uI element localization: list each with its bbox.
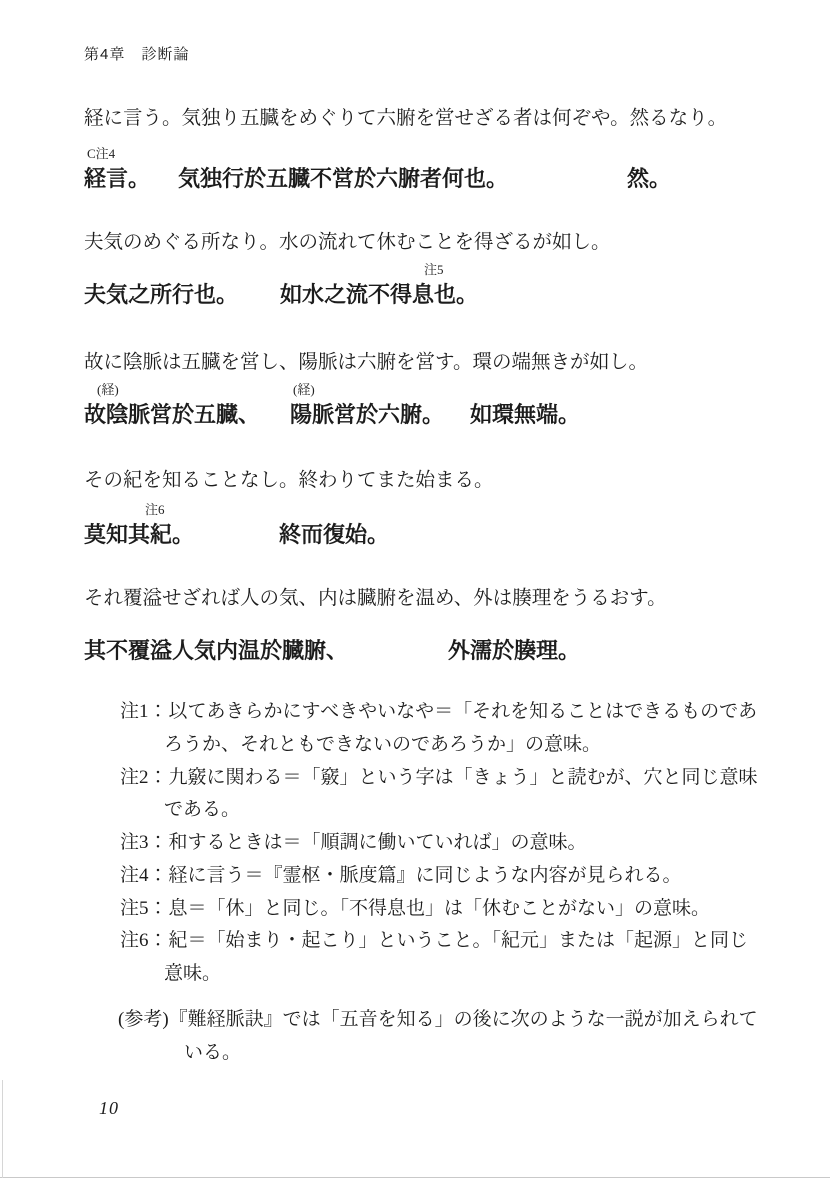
yomikudashi-line: 夫気のめぐる所なり。水の流れて休むことを得ざるが如し。 [84,231,611,255]
kanbun-line: 夫気之所行也。如水之流不得息也。 [84,281,478,309]
note-label: 注6： [120,930,168,951]
note-mark: (経) [97,382,119,397]
note-text: 和するときは＝「順調に働いていれば」の意味。 [169,832,587,853]
reference-continuation: いる。 [184,1041,241,1065]
kanbun-line: 経言。気独行於五臓不営於六腑者何也。然。 [84,165,671,193]
note-text: 経に言う＝『霊枢・脈度篇』に同じような内容が見られる。 [169,865,682,886]
note-continuation: である。 [164,798,240,822]
note-mark: C注4 [87,146,115,161]
page-number: 10 [99,1098,119,1119]
kanbun-segment: 其不覆溢人気内温於臓腑、 [84,638,348,663]
note-label: 注5： [120,898,168,919]
kanbun-segment: 陽脈営於六腑。 [290,402,444,427]
note-item: 注3：和するときは＝「順調に働いていれば」の意味。 [120,831,587,855]
kanbun-line: 故陰脈営於五臓、陽脈営於六腑。如環無端。 [84,401,580,429]
kanbun-segment: 故陰脈営於五臓、 [84,402,260,427]
note-continuation: 意味。 [164,962,221,986]
yomikudashi-line: それ覆溢せざれば人の気、内は臓腑を温め、外は腠理をうるおす。 [84,587,667,611]
yomikudashi-line: その紀を知ることなし。終わりてまた始まる。 [84,469,494,493]
note-text: 息＝「休」と同じ。「不得息也」は「休むことがない」の意味。 [169,898,711,919]
kanbun-gap [194,541,279,542]
kanbun-gap [238,301,280,302]
note-text: 九竅に関わる＝「竅」という字は「きょう」と読むが、穴と同じ意味 [169,767,758,788]
kanbun-segment: 然。 [627,166,671,191]
kanbun-segment: 莫知其紀。 [84,522,194,547]
kanbun-gap [348,657,448,658]
note-item: 注5：息＝「休」と同じ。「不得息也」は「休むことがない」の意味。 [120,897,710,921]
note-mark: 注6 [145,502,165,517]
note-mark: 注5 [424,262,444,277]
book-page: 第4章 診断論 経に言う。気独り五臓をめぐりて六腑を営せざる者は何ぞや。然るなり… [0,0,830,1178]
kanbun-segment: 夫気之所行也。 [84,282,238,307]
scan-edge-left [2,1080,3,1178]
kanbun-segment: 経言。 [84,166,150,191]
note-label: 注1： [120,701,168,722]
kanbun-segment: 如環無端。 [470,402,580,427]
note-text: 以てあきらかにすべきやいなや＝「それを知ることはできるものであ [169,701,758,722]
note-item: 注4：経に言う＝『霊枢・脈度篇』に同じような内容が見られる。 [120,864,682,888]
kanbun-line: 莫知其紀。終而復始。 [84,521,389,549]
reference-paragraph: (参考)『難経脈訣』では「五音を知る」の後に次のような一説が加えられて [118,1008,758,1032]
note-item: 注1：以てあきらかにすべきやいなや＝「それを知ることはできるものであ [120,700,757,724]
kanbun-segment: 外濡於腠理。 [448,638,580,663]
note-mark: (経) [293,382,315,397]
reference-text: 『難経脈訣』では「五音を知る」の後に次のような一説が加えられて [169,1009,758,1030]
yomikudashi-line: 経に言う。気独り五臓をめぐりて六腑を営せざる者は何ぞや。然るなり。 [84,107,727,131]
kanbun-segment: 如水之流不得息也。 [280,282,478,307]
chapter-running-head: 第4章 診断論 [84,43,189,64]
kanbun-gap [150,185,178,186]
kanbun-line: 其不覆溢人気内温於臓腑、外濡於腠理。 [84,637,580,665]
kanbun-gap [444,421,470,422]
note-item: 注6：紀＝「始まり・起こり」ということ。「紀元」または「起源」と同じ [120,929,748,953]
note-text: 紀＝「始まり・起こり」ということ。「紀元」または「起源」と同じ [169,930,749,951]
note-item: 注2：九竅に関わる＝「竅」という字は「きょう」と読むが、穴と同じ意味 [120,766,758,790]
kanbun-segment: 気独行於五臓不営於六腑者何也。 [178,166,508,191]
note-continuation: ろうか、それともできないのであろうか」の意味。 [164,733,601,757]
reference-label: (参考) [118,1009,169,1030]
yomikudashi-line: 故に陰脈は五臓を営し、陽脈は六腑を営す。環の端無きが如し。 [84,351,648,375]
note-label: 注3： [120,832,168,853]
kanbun-segment: 終而復始。 [279,522,389,547]
kanbun-gap [260,421,290,422]
note-label: 注2： [120,767,168,788]
note-label: 注4： [120,865,168,886]
kanbun-gap [508,185,627,186]
